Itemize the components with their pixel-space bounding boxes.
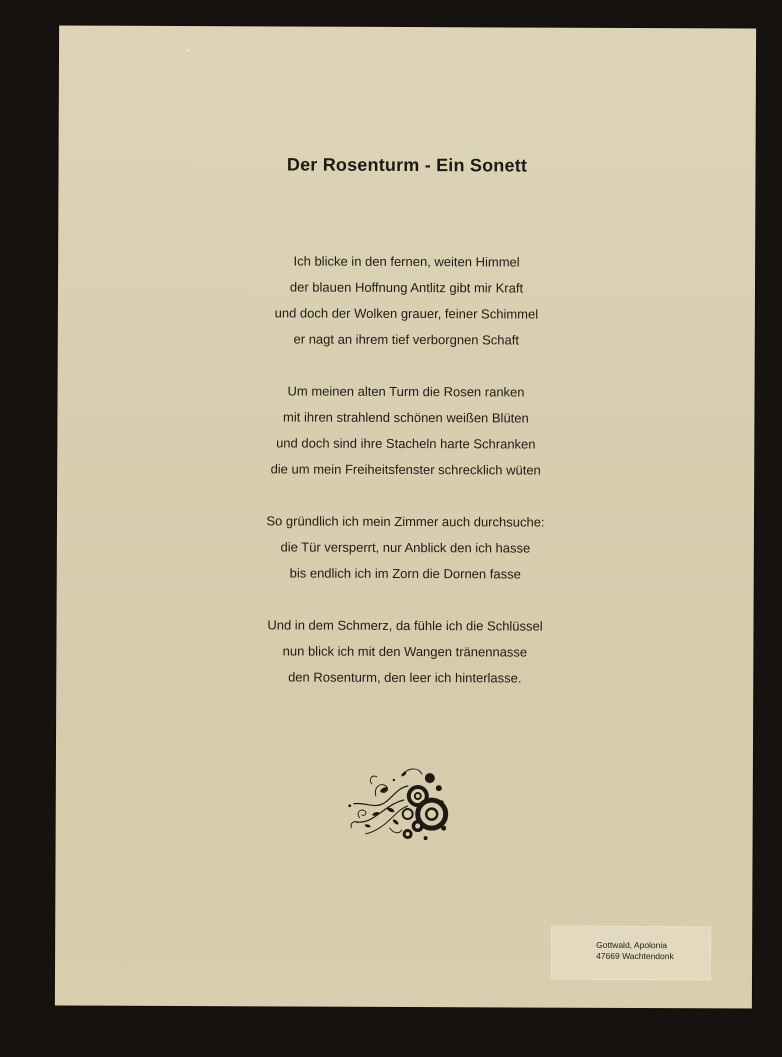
poem-line: und doch sind ihre Stacheln harte Schran…: [57, 429, 754, 458]
poem-line: der blauen Hoffnung Antlitz gibt mir Kra…: [58, 273, 755, 302]
stanza-3: So gründlich ich mein Zimmer auch durchs…: [57, 507, 754, 588]
poem-line: den Rosenturm, den leer ich hinterlasse.: [56, 663, 753, 692]
poem-line: mit ihren strahlend schönen weißen Blüte…: [57, 403, 754, 432]
poem-sheet: Der Rosenturm - Ein Sonett Ich blicke in…: [55, 25, 756, 1008]
stanza-4: Und in dem Schmerz, da fühle ich die Sch…: [56, 611, 753, 692]
poem-line: die um mein Freiheitsfenster schrecklich…: [57, 455, 754, 484]
author-location: 47669 Wachtendonk: [596, 951, 710, 962]
poem-line: Und in dem Schmerz, da fühle ich die Sch…: [56, 611, 753, 640]
poem-line: nun blick ich mit den Wangen tränennasse: [56, 637, 753, 666]
paper-speck: [187, 49, 190, 52]
poem-title: Der Rosenturm - Ein Sonett: [58, 153, 755, 177]
poem-body: Ich blicke in den fernen, weiten Himmel …: [56, 247, 755, 718]
floral-swirl-ornament-icon: [346, 762, 451, 844]
stanza-1: Ich blicke in den fernen, weiten Himmel …: [58, 247, 755, 354]
author-label: Gottwald, Apolonia 47669 Wachtendonk: [551, 926, 711, 981]
author-name: Gottwald, Apolonia: [596, 940, 710, 951]
poem-line: So gründlich ich mein Zimmer auch durchs…: [57, 507, 754, 536]
stanza-2: Um meinen alten Turm die Rosen ranken mi…: [57, 377, 754, 484]
poem-line: die Tür versperrt, nur Anblick den ich h…: [57, 533, 754, 562]
poem-line: Um meinen alten Turm die Rosen ranken: [57, 377, 754, 406]
poem-line: bis endlich ich im Zorn die Dornen fasse: [57, 559, 754, 588]
poem-line: und doch der Wolken grauer, feiner Schim…: [58, 299, 755, 328]
poem-line: Ich blicke in den fernen, weiten Himmel: [58, 247, 755, 276]
poem-line: er nagt an ihrem tief verborgnen Schaft: [58, 325, 755, 354]
